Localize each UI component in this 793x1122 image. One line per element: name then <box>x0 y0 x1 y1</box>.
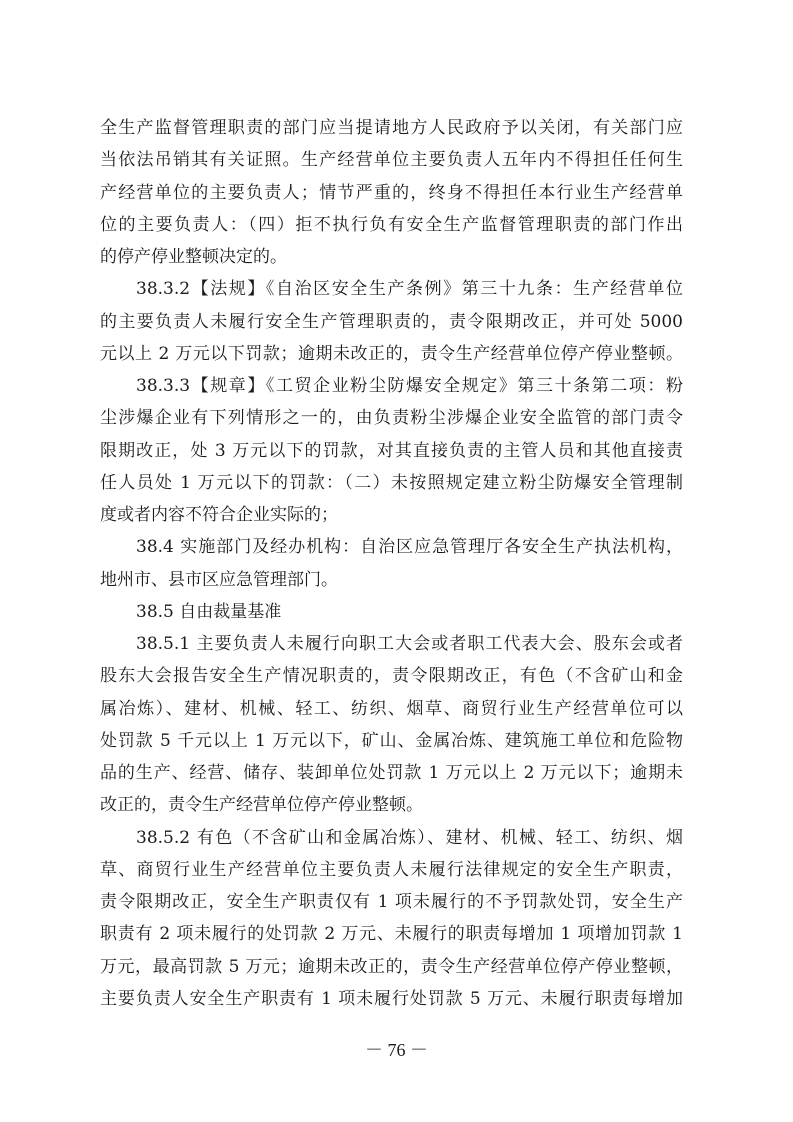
text-line: 的主要负责人未履行安全生产管理职责的，责令限期改正，并可处 5000 <box>100 306 683 338</box>
text-line: 38.5 自由裁量基准 <box>100 596 683 628</box>
text-line: 度或者内容不符合企业实际的； <box>100 499 683 531</box>
text-line: 当依法吊销其有关证照。生产经营单位主要负责人五年内不得担任任何生 <box>100 144 683 176</box>
text-line: 38.4 实施部门及经办机构：自治区应急管理厅各安全生产执法机构， <box>100 531 683 563</box>
body-text: 全生产监督管理职责的部门应当提请地方人民政府予以关闭，有关部门应 当依法吊销其有… <box>100 112 683 1015</box>
text-line: 改正的，责令生产经营单位停产停业整顿。 <box>100 789 683 821</box>
text-line: 全生产监督管理职责的部门应当提请地方人民政府予以关闭，有关部门应 <box>100 112 683 144</box>
text-line: 属冶炼）、建材、机械、轻工、纺织、烟草、商贸行业生产经营单位可以 <box>100 693 683 725</box>
text-line: 38.3.2【法规】《自治区安全生产条例》第三十九条：生产经营单位 <box>100 273 683 305</box>
document-page: 全生产监督管理职责的部门应当提请地方人民政府予以关闭，有关部门应 当依法吊销其有… <box>0 0 793 1122</box>
text-line: 万元，最高罚款 5 万元；逾期未改正的，责令生产经营单位停产停业整顿， <box>100 951 683 983</box>
text-line: 地州市、县市区应急管理部门。 <box>100 564 683 596</box>
text-line: 股东大会报告安全生产情况职责的，责令限期改正，有色（不含矿山和金 <box>100 660 683 692</box>
text-line: 38.5.2 有色（不含矿山和金属冶炼）、建材、机械、轻工、纺织、烟 <box>100 822 683 854</box>
text-line: 的停产停业整顿决定的。 <box>100 241 683 273</box>
text-line: 元以上 2 万元以下罚款；逾期未改正的，责令生产经营单位停产停业整顿。 <box>100 338 683 370</box>
text-line: 草、商贸行业生产经营单位主要负责人未履行法律规定的安全生产职责， <box>100 854 683 886</box>
text-line: 位的主要负责人：（四）拒不执行负有安全生产监督管理职责的部门作出 <box>100 209 683 241</box>
text-line: 品的生产、经营、储存、装卸单位处罚款 1 万元以上 2 万元以下；逾期未 <box>100 757 683 789</box>
text-line: 职责有 2 项未履行的处罚款 2 万元、未履行的职责每增加 1 项增加罚款 1 <box>100 918 683 950</box>
page-number: － 76 － <box>0 1036 793 1062</box>
text-line: 责令限期改正，安全生产职责仅有 1 项未履行的不予罚款处罚，安全生产 <box>100 886 683 918</box>
text-line: 任人员处 1 万元以下的罚款：（二）未按照规定建立粉尘防爆安全管理制 <box>100 467 683 499</box>
text-line: 38.5.1 主要负责人未履行向职工大会或者职工代表大会、股东会或者 <box>100 628 683 660</box>
text-line: 主要负责人安全生产职责有 1 项未履行处罚款 5 万元、未履行职责每增加 <box>100 983 683 1015</box>
text-line: 处罚款 5 千元以上 1 万元以下，矿山、金属冶炼、建筑施工单位和危险物 <box>100 725 683 757</box>
text-line: 尘涉爆企业有下列情形之一的，由负责粉尘涉爆企业安全监管的部门责令 <box>100 402 683 434</box>
text-line: 38.3.3【规章】《工贸企业粉尘防爆安全规定》第三十条第二项：粉 <box>100 370 683 402</box>
text-line: 限期改正，处 3 万元以下的罚款，对其直接负责的主管人员和其他直接责 <box>100 435 683 467</box>
text-line: 产经营单位的主要负责人；情节严重的，终身不得担任本行业生产经营单 <box>100 177 683 209</box>
